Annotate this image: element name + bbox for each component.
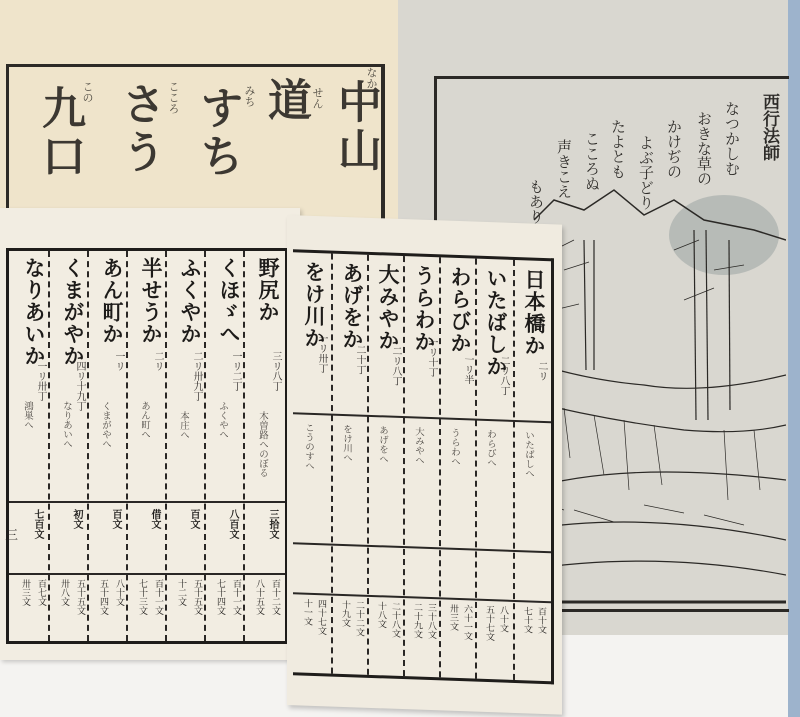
page-marker: 三 — [0, 528, 19, 541]
station-distance: 二リ八丁 — [390, 346, 401, 386]
title-char: 道 — [263, 77, 307, 125]
fare: 二十八文 — [390, 602, 399, 638]
station-name: 日本橋か — [524, 268, 545, 357]
lodging-fare: 八百文 — [227, 509, 238, 539]
station-note: いたばしへ — [522, 430, 533, 478]
fare: 十一文 — [302, 599, 311, 626]
station-note: 大みやへ — [412, 426, 423, 464]
fare: 百十一文 — [153, 579, 162, 615]
ruby-text: こころ — [165, 81, 181, 114]
poem-column: なつかしむ — [724, 101, 739, 176]
ruby-text: みち — [241, 85, 257, 107]
station-name: なりあいか — [24, 257, 45, 367]
fare: 二十九文 — [412, 602, 421, 638]
station-name: あげをか — [342, 262, 363, 351]
fare: 二十二文 — [354, 600, 363, 636]
fare: 百十文 — [536, 607, 545, 634]
station-note: ふくやへ — [216, 401, 227, 439]
station-distance: 二十丁 — [354, 344, 365, 374]
fare: 五十五文 — [75, 579, 84, 615]
fare: 六十一文 — [462, 604, 471, 640]
station-distance: 一リ十丁 — [426, 337, 437, 377]
station-name: 大みやか — [378, 263, 399, 352]
station-note: あん町へ — [138, 401, 149, 439]
fare: 十八文 — [376, 601, 385, 628]
station-name: あん町か — [102, 257, 123, 345]
ruby-text: この — [79, 81, 95, 103]
station-note: こうのすへ — [302, 423, 313, 471]
fare: 卅三文 — [448, 604, 457, 631]
lodging-fare: 百文 — [188, 509, 199, 529]
station-distance: 一リ卅丁 — [35, 361, 46, 401]
fare: 百十一文 — [231, 579, 240, 615]
station-distance: 二リ — [152, 351, 163, 371]
fare: 七十文 — [522, 606, 531, 633]
station-name: くまがやか — [63, 257, 84, 367]
station-name: 半せうか — [141, 257, 162, 345]
lodging-fare: 借文 — [149, 509, 160, 529]
fare: 七十四文 — [215, 579, 224, 615]
station-distance: 一リ二丁 — [230, 351, 241, 391]
ruby-text: なか — [363, 67, 379, 89]
station-name: ふくやか — [180, 257, 201, 345]
title-char: 九口 — [37, 85, 81, 181]
station-note: をけ川へ — [340, 424, 351, 462]
title-char: さう — [117, 81, 161, 177]
fare: 十九文 — [340, 600, 349, 627]
station-note: くまがやへ — [99, 401, 110, 449]
poem-column: たよとも — [610, 119, 625, 179]
station-distance: 二リ卅九丁 — [191, 351, 202, 401]
station-table-left: 野尻か 三リ八丁 木曽路へのぼる 三拾文 百十二文 八十五文 くほゞへ 一リ二丁… — [0, 208, 300, 660]
station-note: うらわへ — [448, 428, 459, 466]
station-note: 鴻巣へ — [21, 401, 32, 430]
fare: 卅三文 — [20, 579, 29, 606]
title-char: すち — [195, 85, 239, 181]
fare: 五十五文 — [192, 579, 201, 615]
lodging-fare: 初文 — [71, 509, 82, 529]
station-note: 本庄へ — [177, 411, 188, 440]
station-distance: 一リ半 — [462, 354, 473, 384]
fare: 十二文 — [176, 579, 185, 606]
station-table-right: 日本橋か 二リ いたばしへ 百十文 七十文 いたばしか 二リ八丁 わらびへ 八十… — [287, 215, 562, 715]
station-note: わらびへ — [484, 429, 495, 467]
book-spine-cloth — [788, 0, 800, 717]
station-distance: 一リ卅丁 — [316, 333, 327, 373]
fare: 八十文 — [498, 605, 507, 632]
fare: 百十二文 — [270, 579, 279, 615]
ruby-text: せん — [309, 87, 325, 109]
landscape-illustration — [524, 180, 786, 605]
station-note: あげをへ — [376, 425, 387, 463]
station-distance: 二リ — [536, 361, 547, 381]
fare: 卅八文 — [59, 579, 68, 606]
poet-name: 西行法師 — [760, 93, 777, 161]
station-distance: 二リ八丁 — [498, 355, 509, 395]
fare: 八十文 — [114, 579, 123, 606]
fare: 三十八文 — [426, 603, 435, 639]
fare: 五十四文 — [98, 579, 107, 615]
station-distance: 四リ十九丁 — [74, 361, 85, 411]
station-note: なりあいへ — [60, 401, 71, 449]
fare: 四十七文 — [316, 599, 325, 635]
fare: 八十五文 — [254, 579, 263, 615]
table-grid: 日本橋か 二リ いたばしへ 百十文 七十文 いたばしか 二リ八丁 わらびへ 八十… — [293, 249, 554, 684]
lodging-fare: 三拾文 — [267, 509, 278, 539]
fare: 五十七文 — [484, 605, 493, 641]
lodging-fare: 七百文 — [32, 509, 43, 539]
title-char: 中山 — [333, 79, 377, 175]
station-name: 野尻か — [258, 257, 279, 323]
station-name: くほゞへ — [219, 257, 240, 345]
table-grid: 野尻か 三リ八丁 木曽路へのぼる 三拾文 百十二文 八十五文 くほゞへ 一リ二丁… — [6, 248, 288, 644]
station-name: わらびか — [450, 266, 471, 355]
poem-column: おきな草の — [696, 111, 711, 186]
fare: 百七文 — [36, 579, 45, 606]
poem-column: かけぢの — [666, 119, 681, 179]
lodging-fare: 百文 — [110, 509, 121, 529]
station-note: 木曽路へのぼる — [256, 411, 267, 478]
station-distance: 三リ八丁 — [270, 351, 281, 391]
fare: 七十三文 — [137, 579, 146, 615]
station-distance: 一リ — [113, 351, 124, 371]
